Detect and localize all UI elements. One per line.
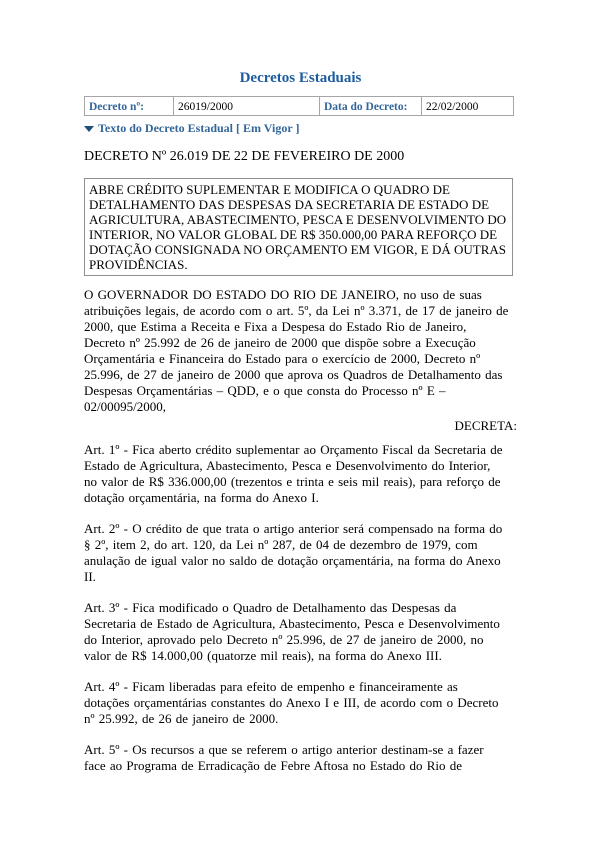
article-4-paragraph: Art. 4º - Ficam liberadas para efeito de… bbox=[84, 679, 517, 727]
decree-meta-row: Decreto nº: 26019/2000 Data do Decreto: … bbox=[85, 97, 514, 116]
enacting-word: DECRETA: bbox=[84, 418, 517, 434]
article-3-paragraph: Art. 3º - Fica modificado o Quadro de De… bbox=[84, 600, 517, 664]
article-1-paragraph: Art. 1º - Fica aberto crédito suplementa… bbox=[84, 442, 517, 506]
decree-summary-box: ABRE CRÉDITO SUPLEMENTAR E MODIFICA O QU… bbox=[84, 178, 513, 276]
decree-heading: DECRETO Nº 26.019 DE 22 DE FEVEREIRO DE … bbox=[84, 149, 517, 165]
decree-summary-text: ABRE CRÉDITO SUPLEMENTAR E MODIFICA O QU… bbox=[89, 182, 508, 272]
decree-meta-table: Decreto nº: 26019/2000 Data do Decreto: … bbox=[84, 96, 514, 116]
decree-document-page: Decretos Estaduais Decreto nº: 26019/200… bbox=[84, 0, 517, 774]
page-title: Decretos Estaduais bbox=[84, 69, 517, 87]
decree-text-link-label[interactable]: Texto do Decreto Estadual [ Em Vigor ] bbox=[98, 121, 299, 136]
decree-number-label: Decreto nº: bbox=[85, 97, 174, 116]
decree-number-value: 26019/2000 bbox=[174, 97, 320, 116]
triangle-down-icon[interactable] bbox=[84, 126, 94, 132]
page-background: { "header": { "title": "Decretos Estadua… bbox=[0, 0, 595, 842]
decree-date-value: 22/02/2000 bbox=[422, 97, 514, 116]
decree-date-label: Data do Decreto: bbox=[320, 97, 422, 116]
decree-text-toggle-link[interactable]: Texto do Decreto Estadual [ Em Vigor ] bbox=[84, 121, 517, 136]
decree-preamble: O GOVERNADOR DO ESTADO DO RIO DE JANEIRO… bbox=[84, 287, 517, 415]
article-2-paragraph: Art. 2º - O crédito de que trata o artig… bbox=[84, 521, 517, 585]
article-5-paragraph: Art. 5º - Os recursos a que se referem o… bbox=[84, 742, 517, 774]
